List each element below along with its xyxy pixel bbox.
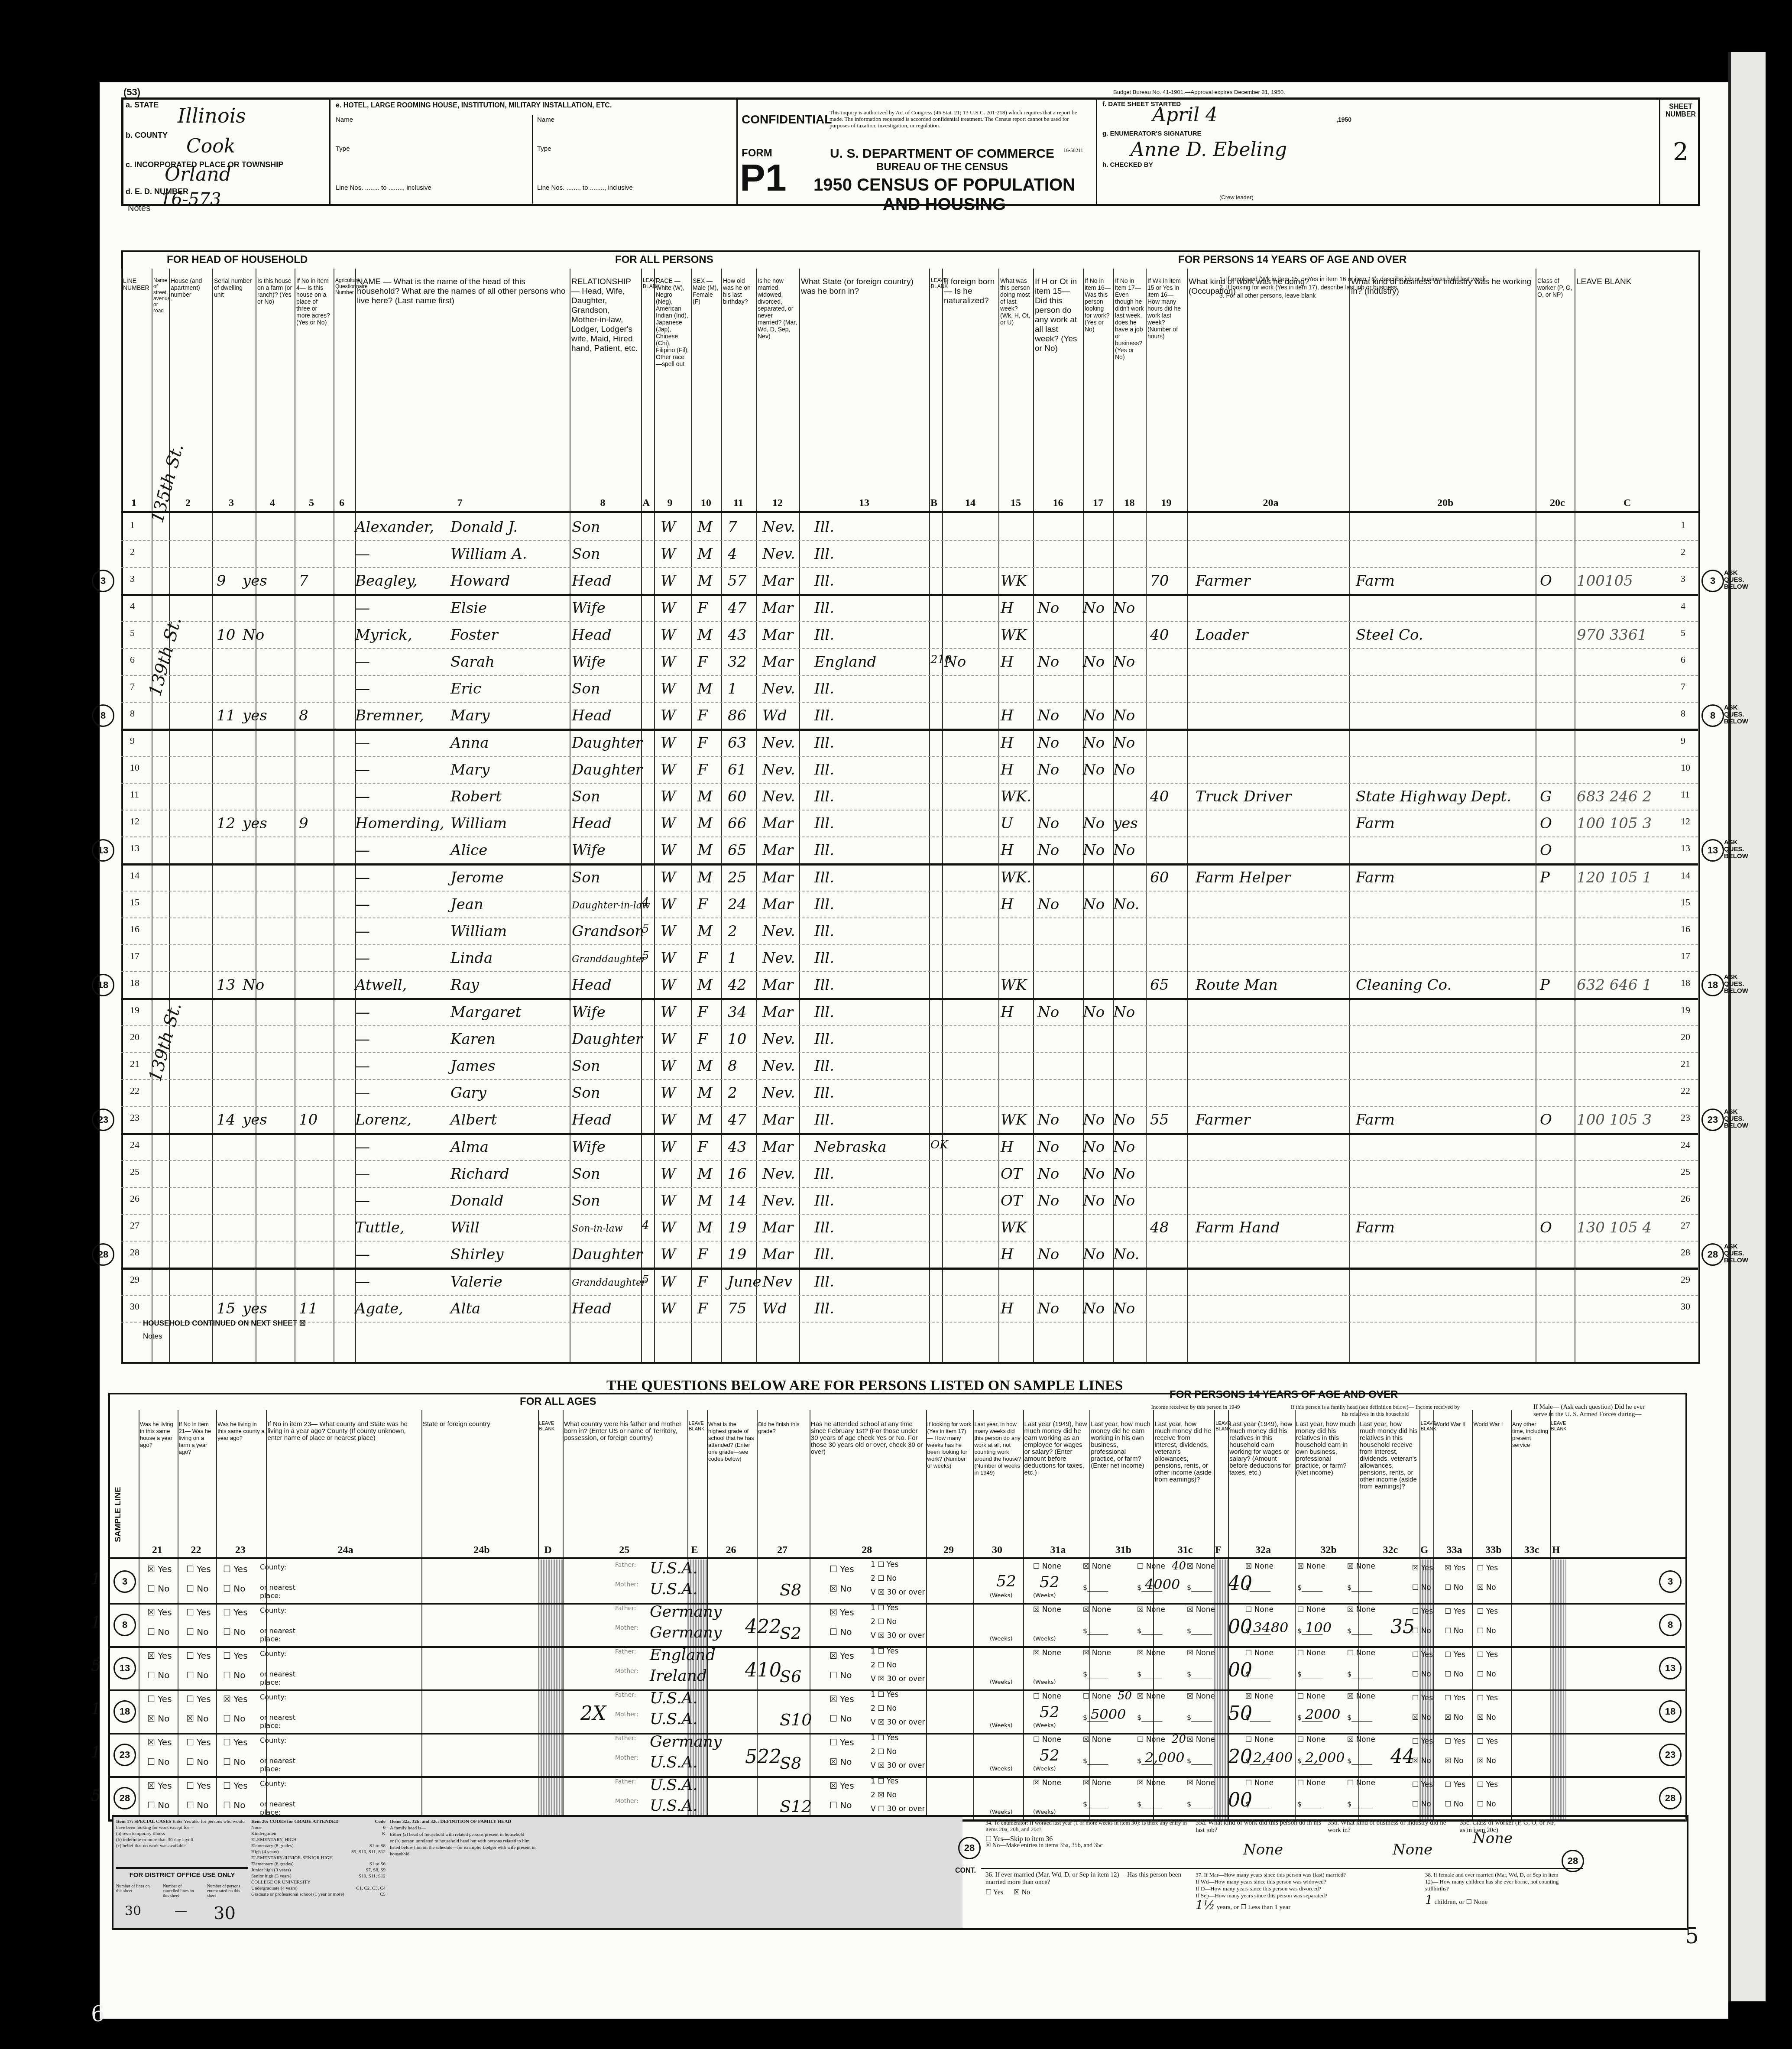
cell-sex: M xyxy=(697,1111,713,1128)
q37-less-than-one-checkbox[interactable]: ☐ xyxy=(1241,1904,1246,1911)
line-number: 25 xyxy=(130,1166,139,1177)
other_income-none-checkbox[interactable]: ☒ None xyxy=(1187,1779,1215,1787)
grade-attended: S6 xyxy=(780,1667,801,1686)
grade-code-row: ELEMENTARY, HIGH xyxy=(251,1837,386,1843)
wages-none-checkbox[interactable]: ☒ None xyxy=(1083,1605,1111,1614)
weeks-worked: 52 xyxy=(1040,1747,1060,1764)
finish-yes-checkbox[interactable]: ☒ Yes xyxy=(830,1694,854,1704)
wages-none-checkbox[interactable]: ☒ None xyxy=(1083,1779,1111,1787)
ask-questions-below: ASKQUES.BELOW xyxy=(1724,1243,1748,1264)
lower-col-number-26: 26 xyxy=(726,1544,736,1556)
wages-none-checkbox[interactable]: ☐ None xyxy=(1083,1692,1111,1701)
ww1-yes-checkbox[interactable]: ☐ Yes xyxy=(1445,1737,1465,1746)
ww2-no-checkbox[interactable]: ☒ No xyxy=(1412,1713,1431,1722)
q23-no-checkbox[interactable]: ☐ No xyxy=(223,1627,245,1637)
own_business-none-checkbox[interactable]: ☒ None xyxy=(1137,1649,1165,1657)
attend-no-checkbox[interactable]: 2 ☐ No xyxy=(871,1661,897,1670)
ww2-yes-checkbox[interactable]: ☐ Yes xyxy=(1412,1780,1433,1789)
household-continued-label: HOUSEHOLD CONTINUED ON NEXT SHEET ☒ xyxy=(143,1319,306,1328)
cell-looking: No xyxy=(1083,896,1105,913)
q34-yes-option[interactable]: ☐ Yes—Skip to item 36 xyxy=(985,1836,1189,1842)
attend-30-checkbox[interactable]: V ☒ 30 or over xyxy=(871,1761,925,1770)
cell-surname: — xyxy=(355,680,370,697)
cell-race: W xyxy=(661,842,676,859)
continued-checkbox[interactable]: ☒ xyxy=(299,1319,306,1327)
q22-no-checkbox[interactable]: ☐ No xyxy=(186,1757,208,1767)
other_service-no-checkbox[interactable]: ☒ No xyxy=(1477,1757,1496,1765)
attend-30-checkbox[interactable]: V ☒ 30 or over xyxy=(871,1631,925,1640)
grade-code-row: Junior high (3 years)S7, S8, S9 xyxy=(251,1867,386,1873)
armed-forces-label: If Male— (Ask each question) Did he ever… xyxy=(1533,1404,1655,1418)
leave-blank-e-value: 422 xyxy=(745,1616,781,1638)
rel_other-none-checkbox[interactable]: ☒ None xyxy=(1347,1605,1375,1614)
cell-given: Alta xyxy=(450,1300,480,1317)
cell-activity: H xyxy=(1001,1246,1014,1263)
finish-no-checkbox[interactable]: ☐ No xyxy=(830,1627,852,1637)
person-row: 77—EricSonWM1Nev.Ill. xyxy=(121,675,1698,703)
leave-blank-f-value: 00 xyxy=(1228,1616,1252,1638)
ww1-yes-checkbox[interactable]: ☐ Yes xyxy=(1445,1780,1465,1789)
cell-class: O xyxy=(1540,572,1552,590)
q21-yes-checkbox[interactable]: ☒ Yes xyxy=(147,1780,172,1791)
other_income-none-checkbox[interactable]: ☒ None xyxy=(1187,1562,1215,1571)
own_business-none-checkbox[interactable]: ☒ None xyxy=(1137,1692,1165,1701)
cell-given: Elsie xyxy=(450,600,487,617)
cell-job: No xyxy=(1113,653,1135,671)
ww1-no-checkbox[interactable]: ☐ No xyxy=(1445,1800,1464,1809)
cell-age: 2 xyxy=(728,923,737,940)
cell-sex: M xyxy=(697,788,713,805)
attend-30-checkbox[interactable]: V ☒ 30 or over xyxy=(871,1718,925,1727)
line-number-right: 12 xyxy=(1681,816,1690,827)
ww2-yes-checkbox[interactable]: ☐ Yes xyxy=(1412,1650,1433,1659)
head-of-household-header: FOR HEAD OF HOUSEHOLD xyxy=(167,254,308,266)
cell-work: No xyxy=(1037,707,1059,724)
cell-occupation: Farm Hand xyxy=(1196,1219,1280,1236)
cell-age: 75 xyxy=(728,1300,746,1317)
other_service-yes-checkbox[interactable]: ☐ Yes xyxy=(1477,1564,1498,1572)
cell-sex: M xyxy=(697,519,713,536)
cell-race: W xyxy=(661,1004,676,1021)
cell-surname: — xyxy=(355,1138,370,1156)
finish-no-checkbox[interactable]: ☐ No xyxy=(830,1713,852,1724)
weeks-worked-none-checkbox[interactable]: ☐ None xyxy=(1033,1735,1061,1744)
rel_business-none-checkbox[interactable]: ☐ None xyxy=(1297,1692,1325,1701)
line-number-right: 3 xyxy=(1681,573,1685,584)
ww1-no-checkbox[interactable]: ☐ No xyxy=(1445,1583,1464,1592)
cell-job: No xyxy=(1113,1111,1135,1128)
cell-age: 25 xyxy=(728,869,746,886)
attend-yes-checkbox[interactable]: 1 ☐ Yes xyxy=(871,1690,898,1699)
rel_business-none-checkbox[interactable]: ☐ None xyxy=(1297,1649,1325,1657)
cell-age: 66 xyxy=(728,815,746,832)
ww2-yes-checkbox[interactable]: ☐ Yes xyxy=(1412,1694,1433,1702)
finish-no-checkbox[interactable]: ☒ No xyxy=(830,1583,852,1594)
own_business-amount-line: $______ xyxy=(1137,1627,1162,1635)
cell-c: 100105 xyxy=(1577,572,1633,590)
other_service-yes-checkbox[interactable]: ☐ Yes xyxy=(1477,1737,1498,1746)
q38-none-checkbox[interactable]: ☐ xyxy=(1466,1899,1471,1906)
ww2-no-checkbox[interactable]: ☐ No xyxy=(1412,1583,1431,1592)
cell-house: 11 xyxy=(217,707,235,724)
ww2-no-checkbox[interactable]: ☒ No xyxy=(1412,1757,1431,1765)
attend-no-checkbox[interactable]: 2 ☒ No xyxy=(871,1791,897,1799)
cell-sex: F xyxy=(697,1031,708,1048)
ww1-no-checkbox[interactable]: ☐ No xyxy=(1445,1670,1464,1679)
ww2-no-checkbox[interactable]: ☐ No xyxy=(1412,1627,1431,1635)
q21-yes-checkbox[interactable]: ☒ Yes xyxy=(147,1564,172,1574)
q21-no-checkbox[interactable]: ☐ No xyxy=(147,1627,169,1637)
cell-looking: No xyxy=(1083,1004,1105,1021)
grade-codes: Item 26: CODES for GRADE ATTENDED Code N… xyxy=(251,1819,386,1897)
weeks-worked-none-checkbox[interactable]: ☒ None xyxy=(1033,1605,1061,1614)
cell-sex: M xyxy=(697,815,713,832)
ww1-no-checkbox[interactable]: ☒ No xyxy=(1445,1757,1464,1765)
cell-activity: H xyxy=(1001,707,1014,724)
cell-birthplace: Ill. xyxy=(814,1246,834,1263)
cell-c: 100 105 3 xyxy=(1577,815,1652,832)
q36-options[interactable]: ☐ Yes ☒ No xyxy=(985,1889,1189,1896)
other_income-none-checkbox[interactable]: ☒ None xyxy=(1187,1605,1215,1614)
cell-age: 32 xyxy=(728,653,746,671)
q23-no-checkbox[interactable]: ☐ No xyxy=(223,1800,245,1810)
other_income-none-checkbox[interactable]: ☒ None xyxy=(1187,1692,1215,1701)
cell-race: W xyxy=(661,572,676,590)
cell-birthplace: Ill. xyxy=(814,869,834,886)
other_income-none-checkbox[interactable]: ☒ None xyxy=(1187,1649,1215,1657)
lower-col-number-24b: 24b xyxy=(473,1544,489,1556)
q21-no-checkbox[interactable]: ☐ No xyxy=(147,1800,169,1810)
cell-serial: 8 xyxy=(299,707,308,724)
person-row: 2525—RichardSonWM16Nev.Ill.OTNoNoNo xyxy=(121,1160,1698,1188)
lower-col-header-22: If No in item 21— Was he living on a far… xyxy=(179,1421,215,1456)
date-year: ,1950 xyxy=(1336,116,1351,123)
ww1-yes-checkbox[interactable]: ☐ Yes xyxy=(1445,1694,1465,1702)
lower-col-number-D: D xyxy=(544,1544,551,1556)
finish-yes-checkbox[interactable]: ☐ Yes xyxy=(830,1737,854,1747)
finish-yes-checkbox[interactable]: ☒ Yes xyxy=(830,1780,854,1791)
cell-birthplace: Ill. xyxy=(814,707,834,724)
q22-no-checkbox[interactable]: ☐ No xyxy=(186,1800,208,1810)
rel_wages-none-checkbox[interactable]: ☒ None xyxy=(1245,1692,1274,1701)
q22-yes-checkbox[interactable]: ☐ Yes xyxy=(186,1564,211,1574)
cell-c: 970 3361 xyxy=(1577,626,1647,644)
sample-line-col-label: SAMPLE LINE xyxy=(113,1487,123,1542)
weeks-worked-none-checkbox[interactable]: ☒ None xyxy=(1033,1649,1061,1657)
attend-no-checkbox[interactable]: 2 ☐ No xyxy=(871,1618,897,1626)
line-number-right: 25 xyxy=(1681,1166,1690,1177)
q23-yes-checkbox[interactable]: ☐ Yes xyxy=(223,1564,248,1574)
attend-30-checkbox[interactable]: V ☒ 30 or over xyxy=(871,1588,925,1597)
attend-yes-checkbox[interactable]: 1 ☐ Yes xyxy=(871,1560,898,1569)
cell-marital: Nev. xyxy=(762,734,795,752)
cell-class: P xyxy=(1540,869,1550,886)
special-cases: Item 17: SPECIAL CASES Enter Yes also fo… xyxy=(116,1819,246,1849)
wages-amount-line: $______ xyxy=(1083,1627,1108,1635)
attend-30-checkbox[interactable]: V ☐ 30 or over xyxy=(871,1805,925,1813)
cell-looking: No xyxy=(1083,842,1105,859)
cell-activity: H xyxy=(1001,1300,1014,1317)
ww2-no-checkbox[interactable]: ☐ No xyxy=(1412,1800,1431,1809)
q23-yes-checkbox[interactable]: ☐ Yes xyxy=(223,1607,248,1618)
lower-col-header-24b: State or foreign country xyxy=(423,1421,537,1428)
cell-surname: Myrick, xyxy=(355,626,412,644)
ww1-yes-checkbox[interactable]: ☒ Yes xyxy=(1445,1564,1465,1572)
cell-industry: Farm xyxy=(1356,1219,1395,1236)
mother-birthplace: U.S.A. xyxy=(650,1754,698,1771)
q21-no-checkbox[interactable]: ☒ No xyxy=(147,1713,169,1724)
rel_other-none-checkbox[interactable]: ☐ None xyxy=(1347,1779,1375,1787)
lower-col-header-27: Did he finish this grade? xyxy=(758,1421,808,1435)
line-number-right: 20 xyxy=(1681,1031,1690,1043)
q21-no-checkbox[interactable]: ☐ No xyxy=(147,1583,169,1594)
cell-hours: 40 xyxy=(1150,626,1169,644)
rel_business-none-checkbox[interactable]: ☐ None xyxy=(1297,1779,1325,1787)
lower-col-header-31b: Last year, how much money did he earn wo… xyxy=(1091,1421,1152,1469)
cell-rel: Son xyxy=(572,869,600,886)
lower-col-header-E: LEAVE BLANK xyxy=(689,1421,706,1432)
q22-no-checkbox[interactable]: ☒ No xyxy=(186,1713,208,1724)
col-number-7: 7 xyxy=(457,497,463,509)
cell-work: No xyxy=(1037,734,1059,752)
other_income-none-checkbox[interactable]: ☒ None xyxy=(1187,1735,1215,1744)
cell-serial: 9 xyxy=(299,815,308,832)
cell-marital: Nev. xyxy=(762,545,795,563)
ww2-yes-checkbox[interactable]: ☐ Yes xyxy=(1412,1737,1433,1746)
inst-type-label-2: Type xyxy=(537,145,551,152)
mother-birthplace: Germany xyxy=(650,1624,722,1641)
q22-no-checkbox[interactable]: ☐ No xyxy=(186,1583,208,1594)
cell-occupation: Loader xyxy=(1196,626,1248,644)
col-number-A: A xyxy=(642,497,650,509)
rel_other-none-checkbox[interactable]: ☒ None xyxy=(1347,1692,1375,1701)
ww2-no-checkbox[interactable]: ☐ No xyxy=(1412,1670,1431,1679)
cell-surname: Homerding, xyxy=(355,815,444,832)
cell-work: No xyxy=(1037,1165,1059,1183)
other_service-yes-checkbox[interactable]: ☐ Yes xyxy=(1477,1607,1498,1616)
q22-yes-checkbox[interactable]: ☐ Yes xyxy=(186,1650,211,1661)
lower-col-header-21: Was he living in this same house a year … xyxy=(140,1421,176,1449)
ww1-yes-checkbox[interactable]: ☐ Yes xyxy=(1445,1607,1465,1616)
sample-line-marker-left: 3 xyxy=(92,570,114,592)
wages-amount: 5000 xyxy=(1091,1706,1126,1722)
attend-yes-checkbox[interactable]: 1 ☐ Yes xyxy=(871,1647,898,1656)
other_service-yes-checkbox[interactable]: ☐ Yes xyxy=(1477,1694,1498,1702)
cell-race: W xyxy=(661,1057,676,1075)
cell-given: Sarah xyxy=(450,653,495,671)
enumerator-label: g. ENUMERATOR'S SIGNATURE xyxy=(1102,130,1202,137)
own_business-none-checkbox[interactable]: ☐ None xyxy=(1137,1562,1165,1571)
other_income-amount-line: $______ xyxy=(1187,1757,1212,1765)
attend-yes-checkbox[interactable]: 1 ☐ Yes xyxy=(871,1604,898,1612)
cell-class: P xyxy=(1540,976,1550,994)
ww1-yes-checkbox[interactable]: ☐ Yes xyxy=(1445,1650,1465,1659)
sample-line-marker-left: 23 xyxy=(92,1109,114,1131)
q21-yes-checkbox[interactable]: ☒ Yes xyxy=(147,1650,172,1661)
q22-no-checkbox[interactable]: ☐ No xyxy=(186,1627,208,1637)
ww2-yes-checkbox[interactable]: ☒ Yes xyxy=(1412,1564,1433,1572)
cell-given: James xyxy=(450,1057,496,1075)
attend-yes-checkbox[interactable]: 1 ☐ Yes xyxy=(871,1777,898,1786)
rel_other-none-checkbox[interactable]: ☒ None xyxy=(1347,1735,1375,1744)
q22-yes-checkbox[interactable]: ☐ Yes xyxy=(186,1737,211,1747)
q22-yes-checkbox[interactable]: ☐ Yes xyxy=(186,1607,211,1618)
finish-no-checkbox[interactable]: ☒ No xyxy=(830,1757,852,1767)
col-number-20b: 20b xyxy=(1437,497,1453,509)
finish-no-checkbox[interactable]: ☐ No xyxy=(830,1670,852,1680)
attend-no-checkbox[interactable]: 2 ☐ No xyxy=(871,1704,897,1713)
cell-age: 10 xyxy=(728,1031,746,1048)
finish-yes-checkbox[interactable]: ☒ Yes xyxy=(830,1650,854,1661)
wages-note: 50 xyxy=(1118,1689,1132,1702)
sample-section-title: THE QUESTIONS BELOW ARE FOR PERSONS LIST… xyxy=(606,1378,1123,1394)
cell-looking: No xyxy=(1083,653,1105,671)
line-number-right: 10 xyxy=(1681,762,1690,773)
q23-yes-checkbox[interactable]: ☐ Yes xyxy=(223,1780,248,1791)
q34-no-option[interactable]: ☒ No—Make entries in items 35a, 35b, and… xyxy=(985,1842,1189,1849)
wages-none-checkbox[interactable]: ☒ None xyxy=(1083,1649,1111,1657)
q22-no-checkbox[interactable]: ☐ No xyxy=(186,1670,208,1680)
cell-sex: M xyxy=(697,842,713,859)
cell-industry: Farm xyxy=(1356,572,1395,590)
cell-sex: F xyxy=(697,1246,708,1263)
q21-no-checkbox[interactable]: ☐ No xyxy=(147,1757,169,1767)
cell-sex: M xyxy=(697,1219,713,1236)
sample-line-marker-right: 23 xyxy=(1659,1744,1682,1766)
own_business-none-checkbox[interactable]: ☒ None xyxy=(1137,1605,1165,1614)
cell-class: O xyxy=(1540,1111,1552,1128)
col-number-17: 17 xyxy=(1093,497,1103,509)
weeks-worked-none-checkbox[interactable]: ☐ None xyxy=(1033,1692,1061,1701)
col-header-11: How old was he on his last birthday? xyxy=(723,277,754,305)
q22-yes-checkbox[interactable]: ☐ Yes xyxy=(186,1780,211,1791)
cell-looking: No xyxy=(1083,707,1105,724)
rel_wages-none-checkbox[interactable]: ☐ None xyxy=(1245,1779,1274,1787)
cell-rel: Daughter xyxy=(572,1246,642,1263)
rel_business-none-checkbox[interactable]: ☒ None xyxy=(1297,1562,1325,1571)
grade-code-row: Elementary (8 grades)S1 to S8 xyxy=(251,1843,386,1849)
cont-sample-marker-right: 28 xyxy=(1562,1850,1584,1872)
other_service-yes-checkbox[interactable]: ☐ Yes xyxy=(1477,1650,1498,1659)
sample-line-marker-right: 8 xyxy=(1659,1614,1682,1636)
col-header-14: If foreign born— Is he naturalized? xyxy=(944,277,997,306)
other_service-no-checkbox[interactable]: ☒ No xyxy=(1477,1583,1496,1592)
rel_business-none-checkbox[interactable]: ☐ None xyxy=(1297,1605,1325,1614)
other_service-no-checkbox[interactable]: ☒ No xyxy=(1477,1713,1496,1722)
cell-looking: No xyxy=(1083,600,1105,617)
q36: 36. If ever married (Mar, Wd, D, or Sep … xyxy=(985,1871,1189,1896)
finish-no-checkbox[interactable]: ☐ No xyxy=(830,1800,852,1810)
finish-yes-checkbox[interactable]: ☐ Yes xyxy=(830,1564,854,1574)
lower-col-header-32c: Last year, how much money did his relati… xyxy=(1360,1421,1418,1490)
ww1-no-checkbox[interactable]: ☐ No xyxy=(1445,1627,1464,1635)
persons-enumerated-value: 30 xyxy=(214,1903,236,1923)
rel_wages-none-checkbox[interactable]: ☒ None xyxy=(1245,1562,1274,1571)
q21-yes-checkbox[interactable]: ☐ Yes xyxy=(147,1694,172,1704)
wages-none-checkbox[interactable]: ☒ None xyxy=(1083,1735,1111,1744)
other_service-no-checkbox[interactable]: ☐ No xyxy=(1477,1627,1496,1635)
rel_wages-none-checkbox[interactable]: ☐ None xyxy=(1245,1735,1274,1744)
person-row: 339yes7Beagley,HowardHeadWM57MarIll.WK70… xyxy=(121,567,1698,596)
cell-birthplace: Ill. xyxy=(814,1273,834,1290)
other_income-amount-line: $______ xyxy=(1187,1800,1212,1808)
lines-on-sheet-value: 30 xyxy=(125,1903,141,1919)
rel_business-none-checkbox[interactable]: ☐ None xyxy=(1297,1735,1325,1744)
q23-yes-checkbox[interactable]: ☐ Yes xyxy=(223,1650,248,1661)
q23-yes-checkbox[interactable]: ☒ Yes xyxy=(223,1694,248,1704)
inst-name-label-2: Name xyxy=(537,116,554,123)
col-number-18: 18 xyxy=(1124,497,1135,509)
q22-yes-checkbox[interactable]: ☐ Yes xyxy=(186,1694,211,1704)
line-number: 7 xyxy=(130,681,135,692)
ww2-yes-checkbox[interactable]: ☐ Yes xyxy=(1412,1607,1433,1616)
q23-no-checkbox[interactable]: ☐ No xyxy=(223,1713,245,1724)
person-row: 2121—JamesSonWM8Nev.Ill. xyxy=(121,1052,1698,1080)
attend-30-checkbox[interactable]: V ☒ 30 or over xyxy=(871,1675,925,1683)
q21-yes-checkbox[interactable]: ☒ Yes xyxy=(147,1737,172,1747)
rel_other-none-checkbox[interactable]: ☐ None xyxy=(1347,1649,1375,1657)
own_business-none-checkbox[interactable]: ☐ None xyxy=(1137,1735,1165,1744)
q21-yes-checkbox[interactable]: ☒ Yes xyxy=(147,1607,172,1618)
col-number-19: 19 xyxy=(1161,497,1172,509)
weeks-worked-unit: (Weeks) xyxy=(1033,1809,1056,1816)
cell-sex: M xyxy=(697,626,713,644)
cell-given: Margaret xyxy=(450,1004,521,1021)
cell-given: Mary xyxy=(450,761,490,778)
q23-yes-checkbox[interactable]: ☐ Yes xyxy=(223,1737,248,1747)
cell-class: O xyxy=(1540,1219,1552,1236)
attend-no-checkbox[interactable]: 2 ☐ No xyxy=(871,1747,897,1756)
rel_other-none-checkbox[interactable]: ☒ None xyxy=(1347,1562,1375,1571)
attend-yes-checkbox[interactable]: 1 ☐ Yes xyxy=(871,1734,898,1742)
weeks-worked-none-checkbox[interactable]: ☐ None xyxy=(1033,1562,1061,1571)
other_service-no-checkbox[interactable]: ☐ No xyxy=(1477,1800,1496,1809)
location-block: a. STATE Illinois b. COUNTY Cook c. INCO… xyxy=(126,101,342,110)
ww1-no-checkbox[interactable]: ☒ No xyxy=(1445,1713,1464,1722)
weeks-looking-unit: (Weeks) xyxy=(990,1766,1013,1772)
q21-no-checkbox[interactable]: ☐ No xyxy=(147,1670,169,1680)
wages-none-checkbox[interactable]: ☒ None xyxy=(1083,1562,1111,1571)
cell-looking: No xyxy=(1083,1165,1105,1183)
q23-no-checkbox[interactable]: ☐ No xyxy=(223,1583,245,1594)
cell-given: Jean xyxy=(450,896,483,913)
wages-amount-line: $______ xyxy=(1083,1583,1108,1592)
cell-activity: OT xyxy=(1001,1165,1023,1183)
finish-yes-checkbox[interactable]: ☒ Yes xyxy=(830,1607,854,1618)
line-number: 2 xyxy=(130,546,135,558)
line-number: 4 xyxy=(130,600,135,612)
nearest-place-label: or nearest place: xyxy=(260,1757,299,1773)
q23-no-checkbox[interactable]: ☐ No xyxy=(223,1757,245,1767)
q23-no-checkbox[interactable]: ☐ No xyxy=(223,1670,245,1680)
own_business-none-checkbox[interactable]: ☒ None xyxy=(1137,1779,1165,1787)
lower-col-number-31a: 31a xyxy=(1050,1544,1066,1556)
cell-age: 42 xyxy=(728,976,746,994)
other_service-no-checkbox[interactable]: ☐ No xyxy=(1477,1670,1496,1679)
other_service-yes-checkbox[interactable]: ☐ Yes xyxy=(1477,1780,1498,1789)
weeks-worked-none-checkbox[interactable]: ☒ None xyxy=(1033,1779,1061,1787)
cell-surname: Bremner, xyxy=(355,707,424,724)
rel_wages-none-checkbox[interactable]: ☐ None xyxy=(1245,1605,1274,1614)
corner-mark-left: 6 xyxy=(91,2001,105,2026)
q35b-value: None xyxy=(1393,1846,1458,1854)
cell-c: 120 105 1 xyxy=(1577,869,1652,886)
attend-no-checkbox[interactable]: 2 ☐ No xyxy=(871,1574,897,1583)
col-header-13: What State (or foreign country) was he b… xyxy=(801,277,927,296)
cell-sex: F xyxy=(697,734,708,752)
cell-house: 12 xyxy=(217,815,235,832)
rel_wages-none-checkbox[interactable]: ☐ None xyxy=(1245,1649,1274,1657)
